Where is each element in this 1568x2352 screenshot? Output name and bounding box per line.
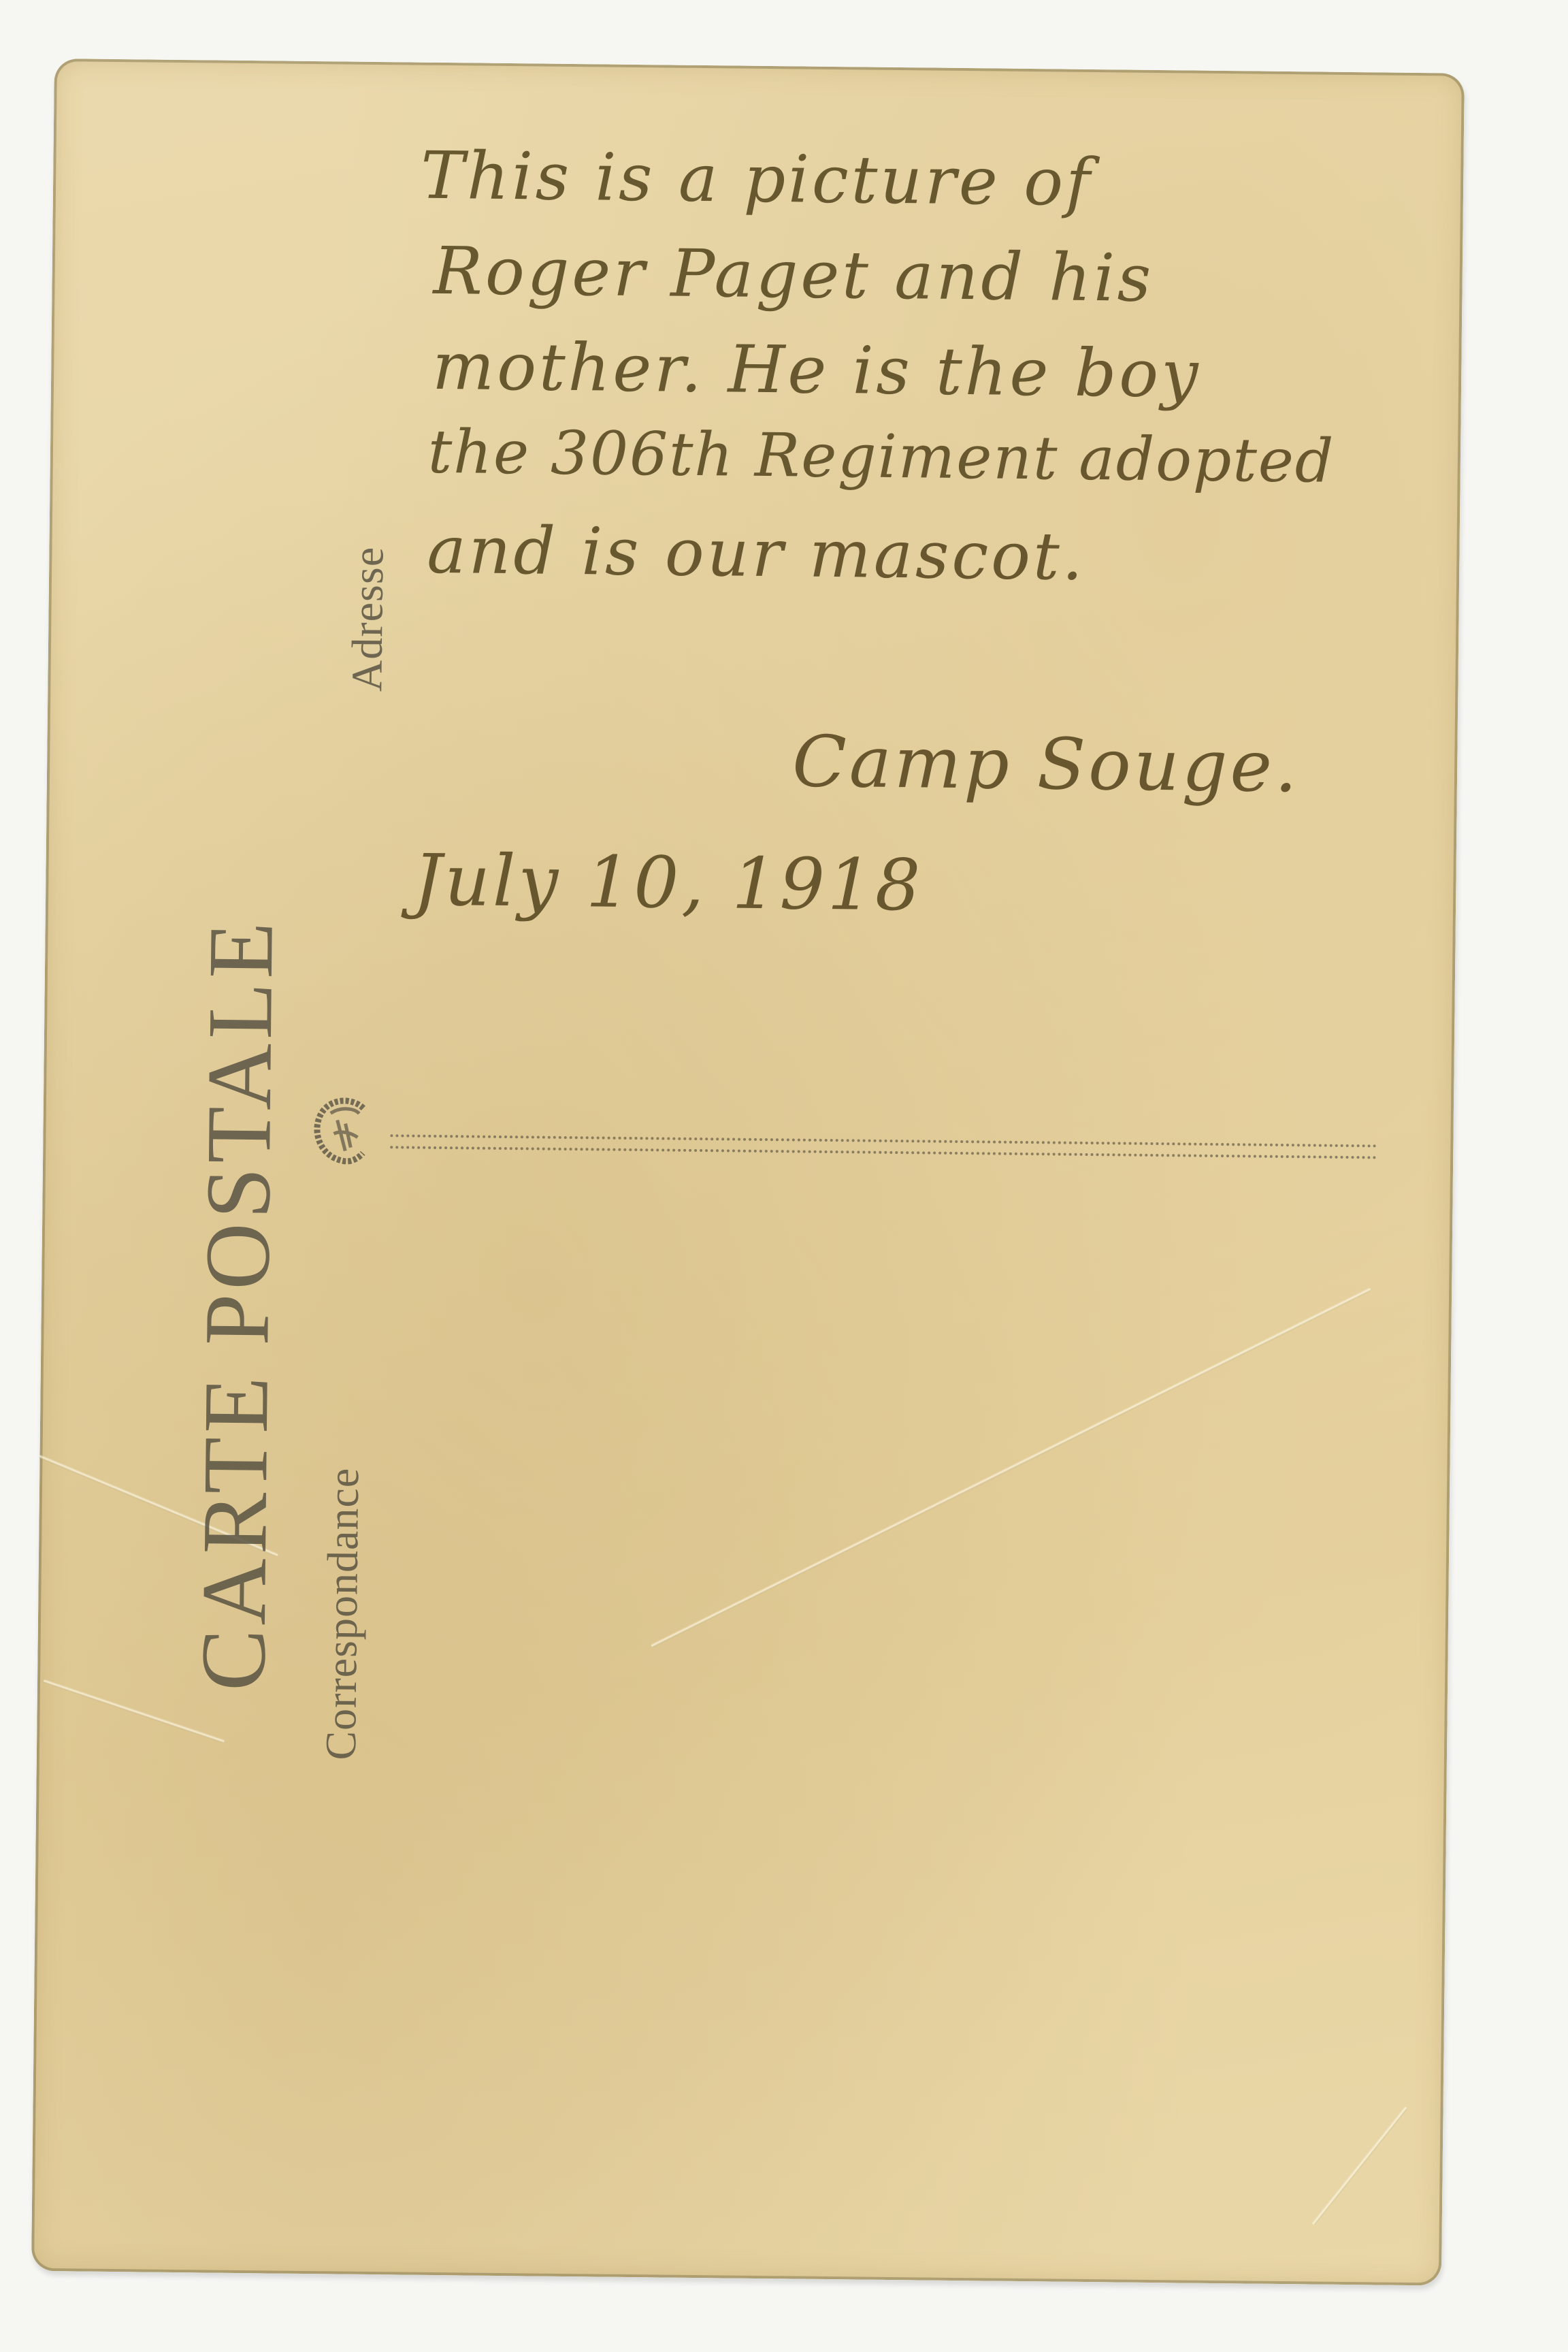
- message-line: and is our mascot.: [427, 512, 1086, 595]
- paper-crease: [1311, 2106, 1408, 2226]
- message-line: mother. He is the boy: [432, 328, 1201, 413]
- carte-postale-heading: CARTE POSTALE: [180, 917, 295, 1691]
- date-line: July 10, 1918: [413, 839, 924, 927]
- address-divider-line: [390, 1134, 1377, 1147]
- message-line: the 306th Regiment adopted: [427, 417, 1335, 496]
- correspondence-label: Correspondance: [316, 1467, 369, 1760]
- address-label: Adresse: [342, 546, 393, 692]
- message-line: Roger Paget and his: [433, 233, 1154, 317]
- postcard-back: CARTE POSTALE Adresse Correspondance Thi…: [31, 59, 1465, 2286]
- place-signature: Camp Souge.: [792, 720, 1301, 808]
- address-divider-line: [390, 1146, 1377, 1159]
- message-line: This is a picture of: [421, 138, 1094, 221]
- paper-crease: [651, 1287, 1372, 1648]
- publisher-monogram-icon: [310, 1093, 378, 1168]
